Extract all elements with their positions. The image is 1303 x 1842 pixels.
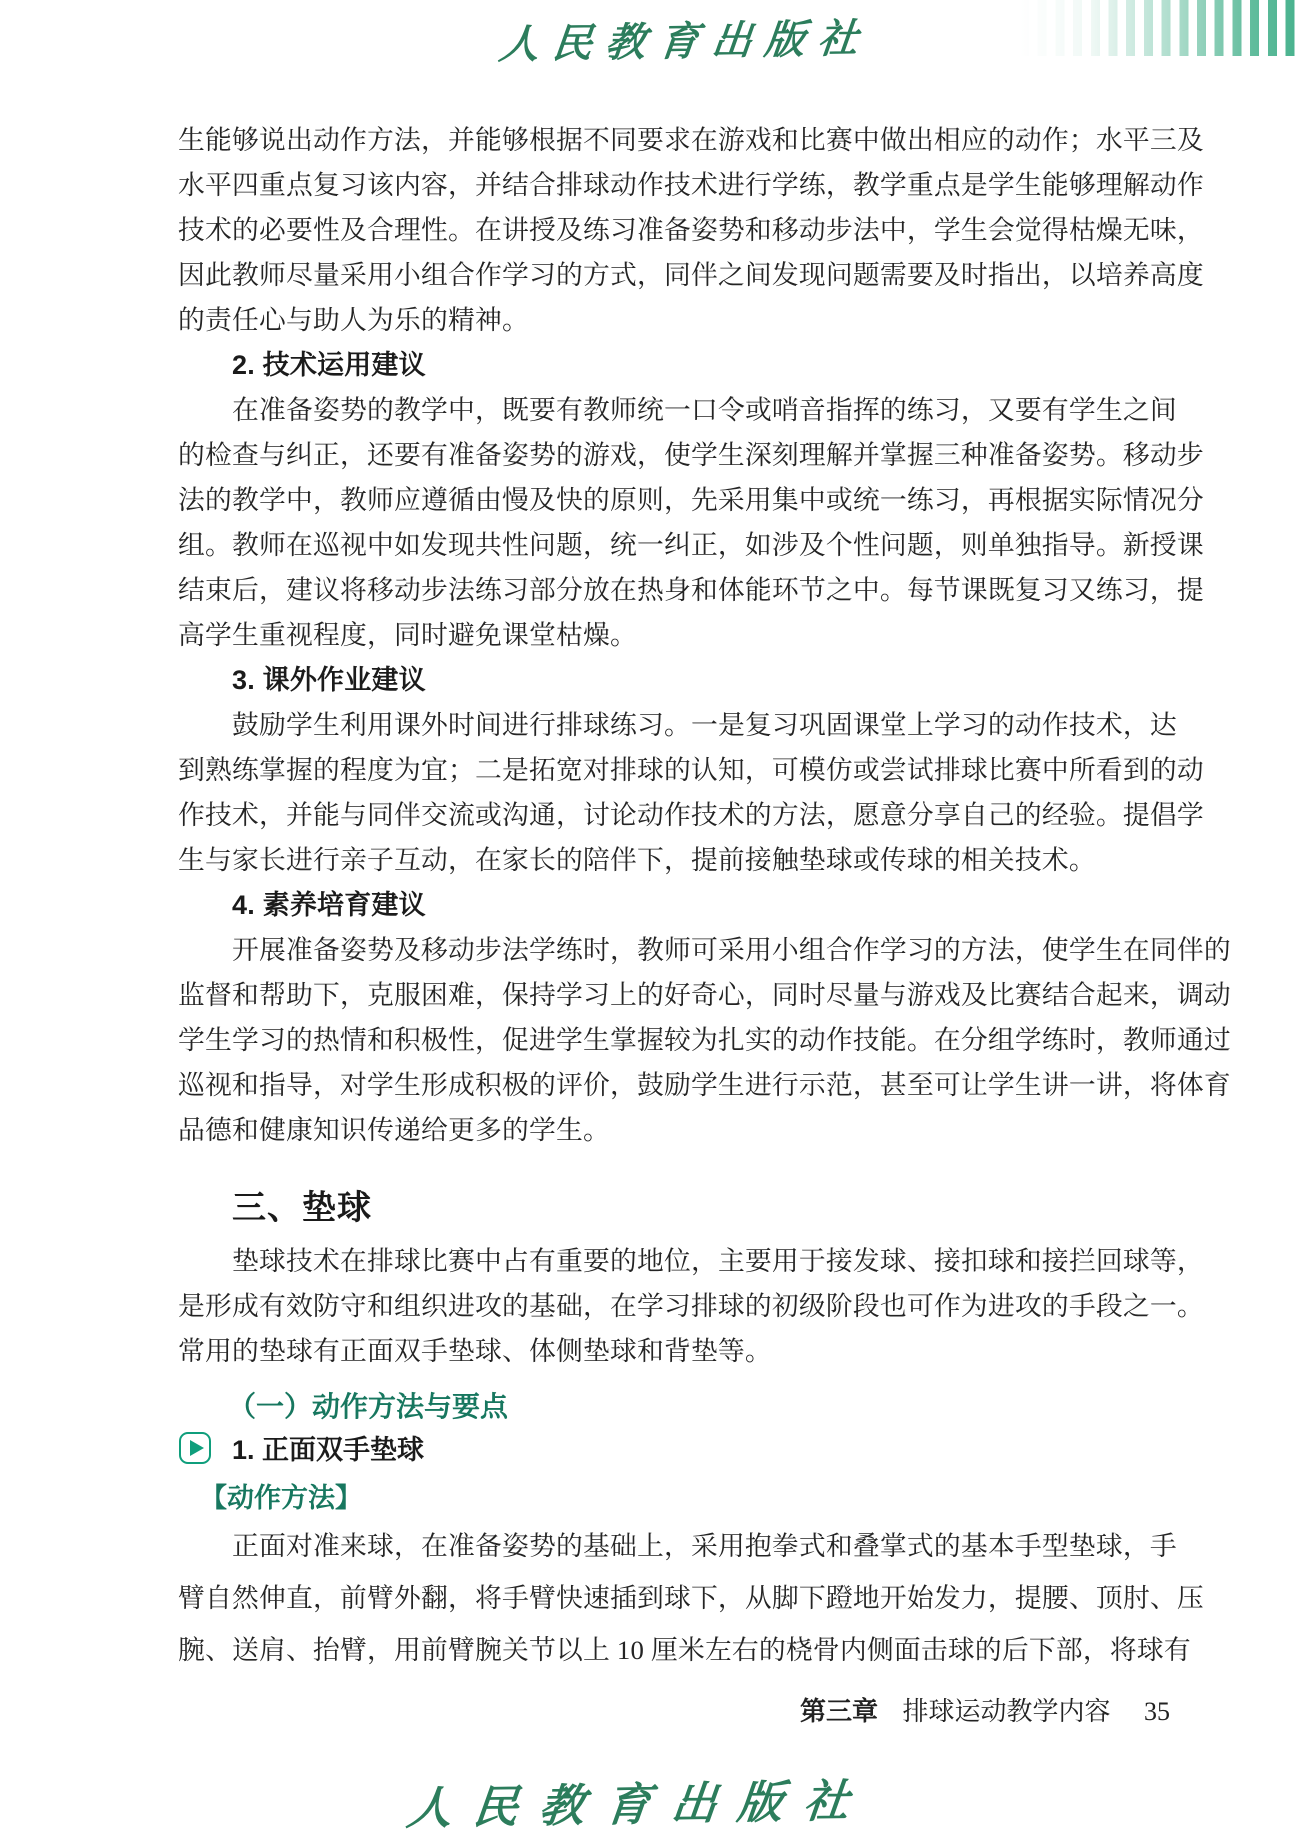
footer-chapter: 第三章 xyxy=(800,1696,878,1726)
heading-literacy: 4. 素养培育建议 xyxy=(178,883,1174,928)
text-line: 垫球技术在排球比赛中占有重要的地位，主要用于接发球、接扣球和接拦回球等， xyxy=(178,1239,1174,1284)
method-text-block: 正面对准来球，在准备姿势的基础上，采用抱拳式和叠掌式的基本手型垫球，手 臂自然伸… xyxy=(178,1520,1174,1676)
text-line: 技术的必要性及合理性。在讲授及练习准备姿势和移动步法中，学生会觉得枯燥无味， xyxy=(178,208,1174,253)
text-line: 品德和健康知识传递给更多的学生。 xyxy=(178,1108,1174,1153)
body-text-block: 生能够说出动作方法，并能够根据不同要求在游戏和比赛中做出相应的动作；水平三及 水… xyxy=(178,118,1174,1153)
text-line: 生能够说出动作方法，并能够根据不同要求在游戏和比赛中做出相应的动作；水平三及 xyxy=(178,118,1174,163)
text-line: 的责任心与助人为乐的精神。 xyxy=(178,298,1174,343)
publisher-logo-top: 人民教育出版社 xyxy=(497,7,875,70)
text-line: 鼓励学生利用课外时间进行排球练习。一是复习巩固课堂上学习的动作技术，达 xyxy=(178,703,1174,748)
decorative-bars xyxy=(1020,0,1303,56)
page-footer: 第三章 排球运动教学内容 35 xyxy=(800,1696,1170,1727)
text-line: 高学生重视程度，同时避免课堂枯燥。 xyxy=(178,613,1174,658)
text-line: 在准备姿势的教学中，既要有教师统一口令或哨音指挥的练习，又要有学生之间 xyxy=(178,388,1174,433)
text-line: 学生学习的热情和积极性，促进学生掌握较为扎实的动作技能。在分组学练时，教师通过 xyxy=(178,1018,1174,1063)
text-line: 巡视和指导，对学生形成积极的评价，鼓励学生进行示范，甚至可让学生讲一讲，将体育 xyxy=(178,1063,1174,1108)
footer-section-title: 排球运动教学内容 xyxy=(902,1697,1110,1726)
text-line: 因此教师尽量采用小组合作学习的方式，同伴之间发现问题需要及时指出，以培养高度 xyxy=(178,253,1174,298)
section-title-diqiu: 三、垫球 xyxy=(232,1188,372,1228)
heading-tech-application: 2. 技术运用建议 xyxy=(178,343,1174,388)
section-intro-block: 垫球技术在排球比赛中占有重要的地位，主要用于接发球、接扣球和接拦回球等， 是形成… xyxy=(178,1239,1174,1374)
text-line: 到熟练掌握的程度为宜；二是拓宽对排球的认知，可模仿或尝试排球比赛中所看到的动 xyxy=(178,748,1174,793)
text-line: 正面对准来球，在准备姿势的基础上，采用抱拳式和叠掌式的基本手型垫球，手 xyxy=(178,1520,1174,1572)
text-line: 组。教师在巡视中如发现共性问题，统一纠正，如涉及个性问题，则单独指导。新授课 xyxy=(178,523,1174,568)
text-line: 常用的垫球有正面双手垫球、体侧垫球和背垫等。 xyxy=(178,1329,1174,1374)
play-triangle-icon xyxy=(190,1440,204,1456)
text-line: 开展准备姿势及移动步法学练时，教师可采用小组合作学习的方法，使学生在同伴的 xyxy=(178,928,1174,973)
text-line: 结束后，建议将移动步法练习部分放在热身和体能环节之中。每节课既复习又练习，提 xyxy=(178,568,1174,613)
text-line: 生与家长进行亲子互动，在家长的陪伴下，提前接触垫球或传球的相关技术。 xyxy=(178,838,1174,883)
footer-page-number: 35 xyxy=(1144,1697,1170,1726)
heading-homework: 3. 课外作业建议 xyxy=(178,658,1174,703)
text-line: 作技术，并能与同伴交流或沟通，讨论动作技术的方法，愿意分享自己的经验。提倡学 xyxy=(178,793,1174,838)
text-line: 法的教学中，教师应遵循由慢及快的原则，先采用集中或统一练习，再根据实际情况分 xyxy=(178,478,1174,523)
text-line: 臂自然伸直，前臂外翻，将手臂快速插到球下，从脚下蹬地开始发力，提腰、顶肘、压 xyxy=(178,1572,1174,1624)
text-line: 水平四重点复习该内容，并结合排球动作技术进行学练，教学重点是学生能够理解动作 xyxy=(178,163,1174,208)
text-line: 监督和帮助下，克服困难，保持学习上的好奇心，同时尽量与游戏及比赛结合起来，调动 xyxy=(178,973,1174,1018)
publisher-logo-bottom: 人民教育出版社 xyxy=(404,1764,874,1837)
text-line: 是形成有效防守和组织进攻的基础，在学习排球的初级阶段也可作为进攻的手段之一。 xyxy=(178,1284,1174,1329)
play-icon xyxy=(179,1432,211,1464)
method-label: 【动作方法】 xyxy=(200,1482,362,1514)
subsection-heading-method-points: （一）动作方法与要点 xyxy=(228,1391,508,1423)
text-line: 的检查与纠正，还要有准备姿势的游戏，使学生深刻理解并掌握三种准备姿势。移动步 xyxy=(178,433,1174,478)
text-line: 腕、送肩、抬臂，用前臂腕关节以上 10 厘米左右的桡骨内侧面击球的后下部，将球有 xyxy=(178,1624,1174,1676)
item-heading-forearm-pass: 1. 正面双手垫球 xyxy=(232,1434,424,1466)
